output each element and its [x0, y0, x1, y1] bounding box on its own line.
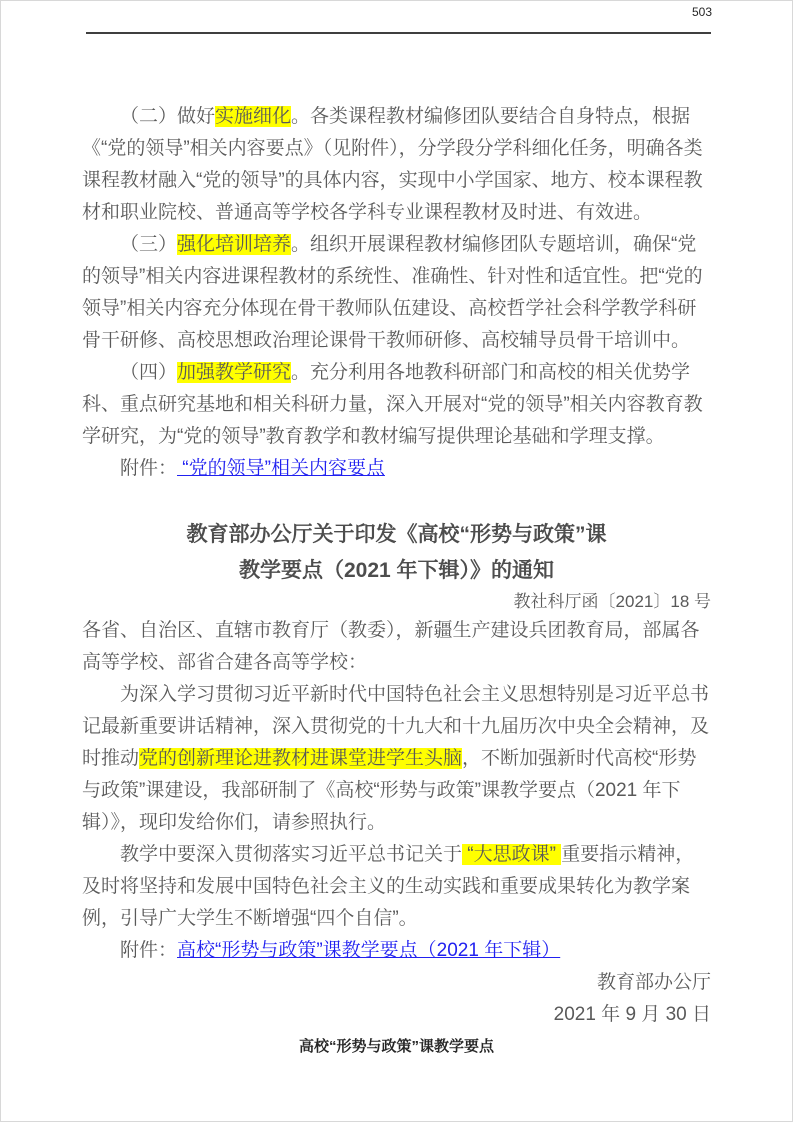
- highlighted-text: 加强教学研究: [177, 362, 291, 383]
- body-text: 教学要点（2021 年下辑）》的通知: [239, 559, 554, 582]
- highlighted-text: “大思政课”: [462, 844, 561, 865]
- body-text: （四）: [120, 362, 177, 383]
- page-number: 503: [692, 4, 712, 20]
- notice-title: 教育部办公厅关于印发《高校“形势与政策”课教学要点（2021 年下辑）》的通知: [82, 517, 711, 589]
- highlighted-text: 党的创新理论进教材进课堂进学生头脑: [139, 748, 462, 769]
- highlighted-text: 强化培训培养: [177, 234, 291, 255]
- doc-number: 教社科厅函〔2021〕18 号: [82, 589, 711, 615]
- attachment-line-1: 附件： “党的领导”相关内容要点: [82, 453, 711, 485]
- body-text: 附件：: [120, 940, 177, 961]
- para-body-2: 教学中要深入贯彻落实习近平总书记关于 “大思政课” 重要指示精神，及时将坚持和发…: [82, 839, 711, 935]
- para-item-4: （四）加强教学研究。充分利用各地教科研部门和高校的相关优势学科、重点研究基地和相…: [82, 357, 711, 453]
- highlighted-text: 实施细化: [215, 106, 291, 127]
- body-text: 教育部办公厅关于印发《高校“形势与政策”课: [187, 523, 607, 546]
- attachment-link-2[interactable]: 高校“形势与政策”课教学要点（2021 年下辑）: [177, 940, 560, 961]
- appendix-title: 高校“形势与政策”课教学要点: [82, 1033, 711, 1061]
- attachment-line-2: 附件：高校“形势与政策”课教学要点（2021 年下辑）: [82, 935, 711, 967]
- body-text: 教育部办公厅: [597, 972, 711, 993]
- para-item-2: （二）做好实施细化。各类课程教材编修团队要结合自身特点，根据《“党的领导”相关内…: [82, 101, 711, 229]
- para-item-3: （三）强化培训培养。组织开展课程教材编修团队专题培训，确保“党的领导”相关内容进…: [82, 229, 711, 357]
- body-text: 教社科厅函〔2021〕18 号: [514, 592, 711, 611]
- attachment-link-1[interactable]: “党的领导”相关内容要点: [177, 458, 385, 479]
- salutation: 各省、自治区、直辖市教育厅（教委），新疆生产建设兵团教育局，部属各高等学校、部省…: [82, 615, 711, 679]
- document-page: 503 （二）做好实施细化。各类课程教材编修团队要结合自身特点，根据《“党的领导…: [0, 0, 793, 1122]
- body-text: 附件：: [120, 458, 177, 479]
- body-text: （二）做好: [120, 106, 215, 127]
- signature-date: 2021 年 9 月 30 日: [82, 999, 711, 1031]
- document-body: （二）做好实施细化。各类课程教材编修团队要结合自身特点，根据《“党的领导”相关内…: [82, 101, 711, 1061]
- body-text: （三）: [120, 234, 177, 255]
- body-text: 高校“形势与政策”课教学要点: [299, 1038, 494, 1055]
- body-text: 教学中要深入贯彻落实习近平总书记关于: [120, 844, 462, 865]
- para-body-1: 为深入学习贯彻习近平新时代中国特色社会主义思想特别是习近平总书记最新重要讲话精神…: [82, 679, 711, 839]
- header-rule: [86, 32, 711, 34]
- body-text: 2021 年 9 月 30 日: [554, 1004, 711, 1025]
- body-text: 各省、自治区、直辖市教育厅（教委），新疆生产建设兵团教育局，部属各高等学校、部省…: [82, 620, 700, 673]
- signature: 教育部办公厅: [82, 967, 711, 999]
